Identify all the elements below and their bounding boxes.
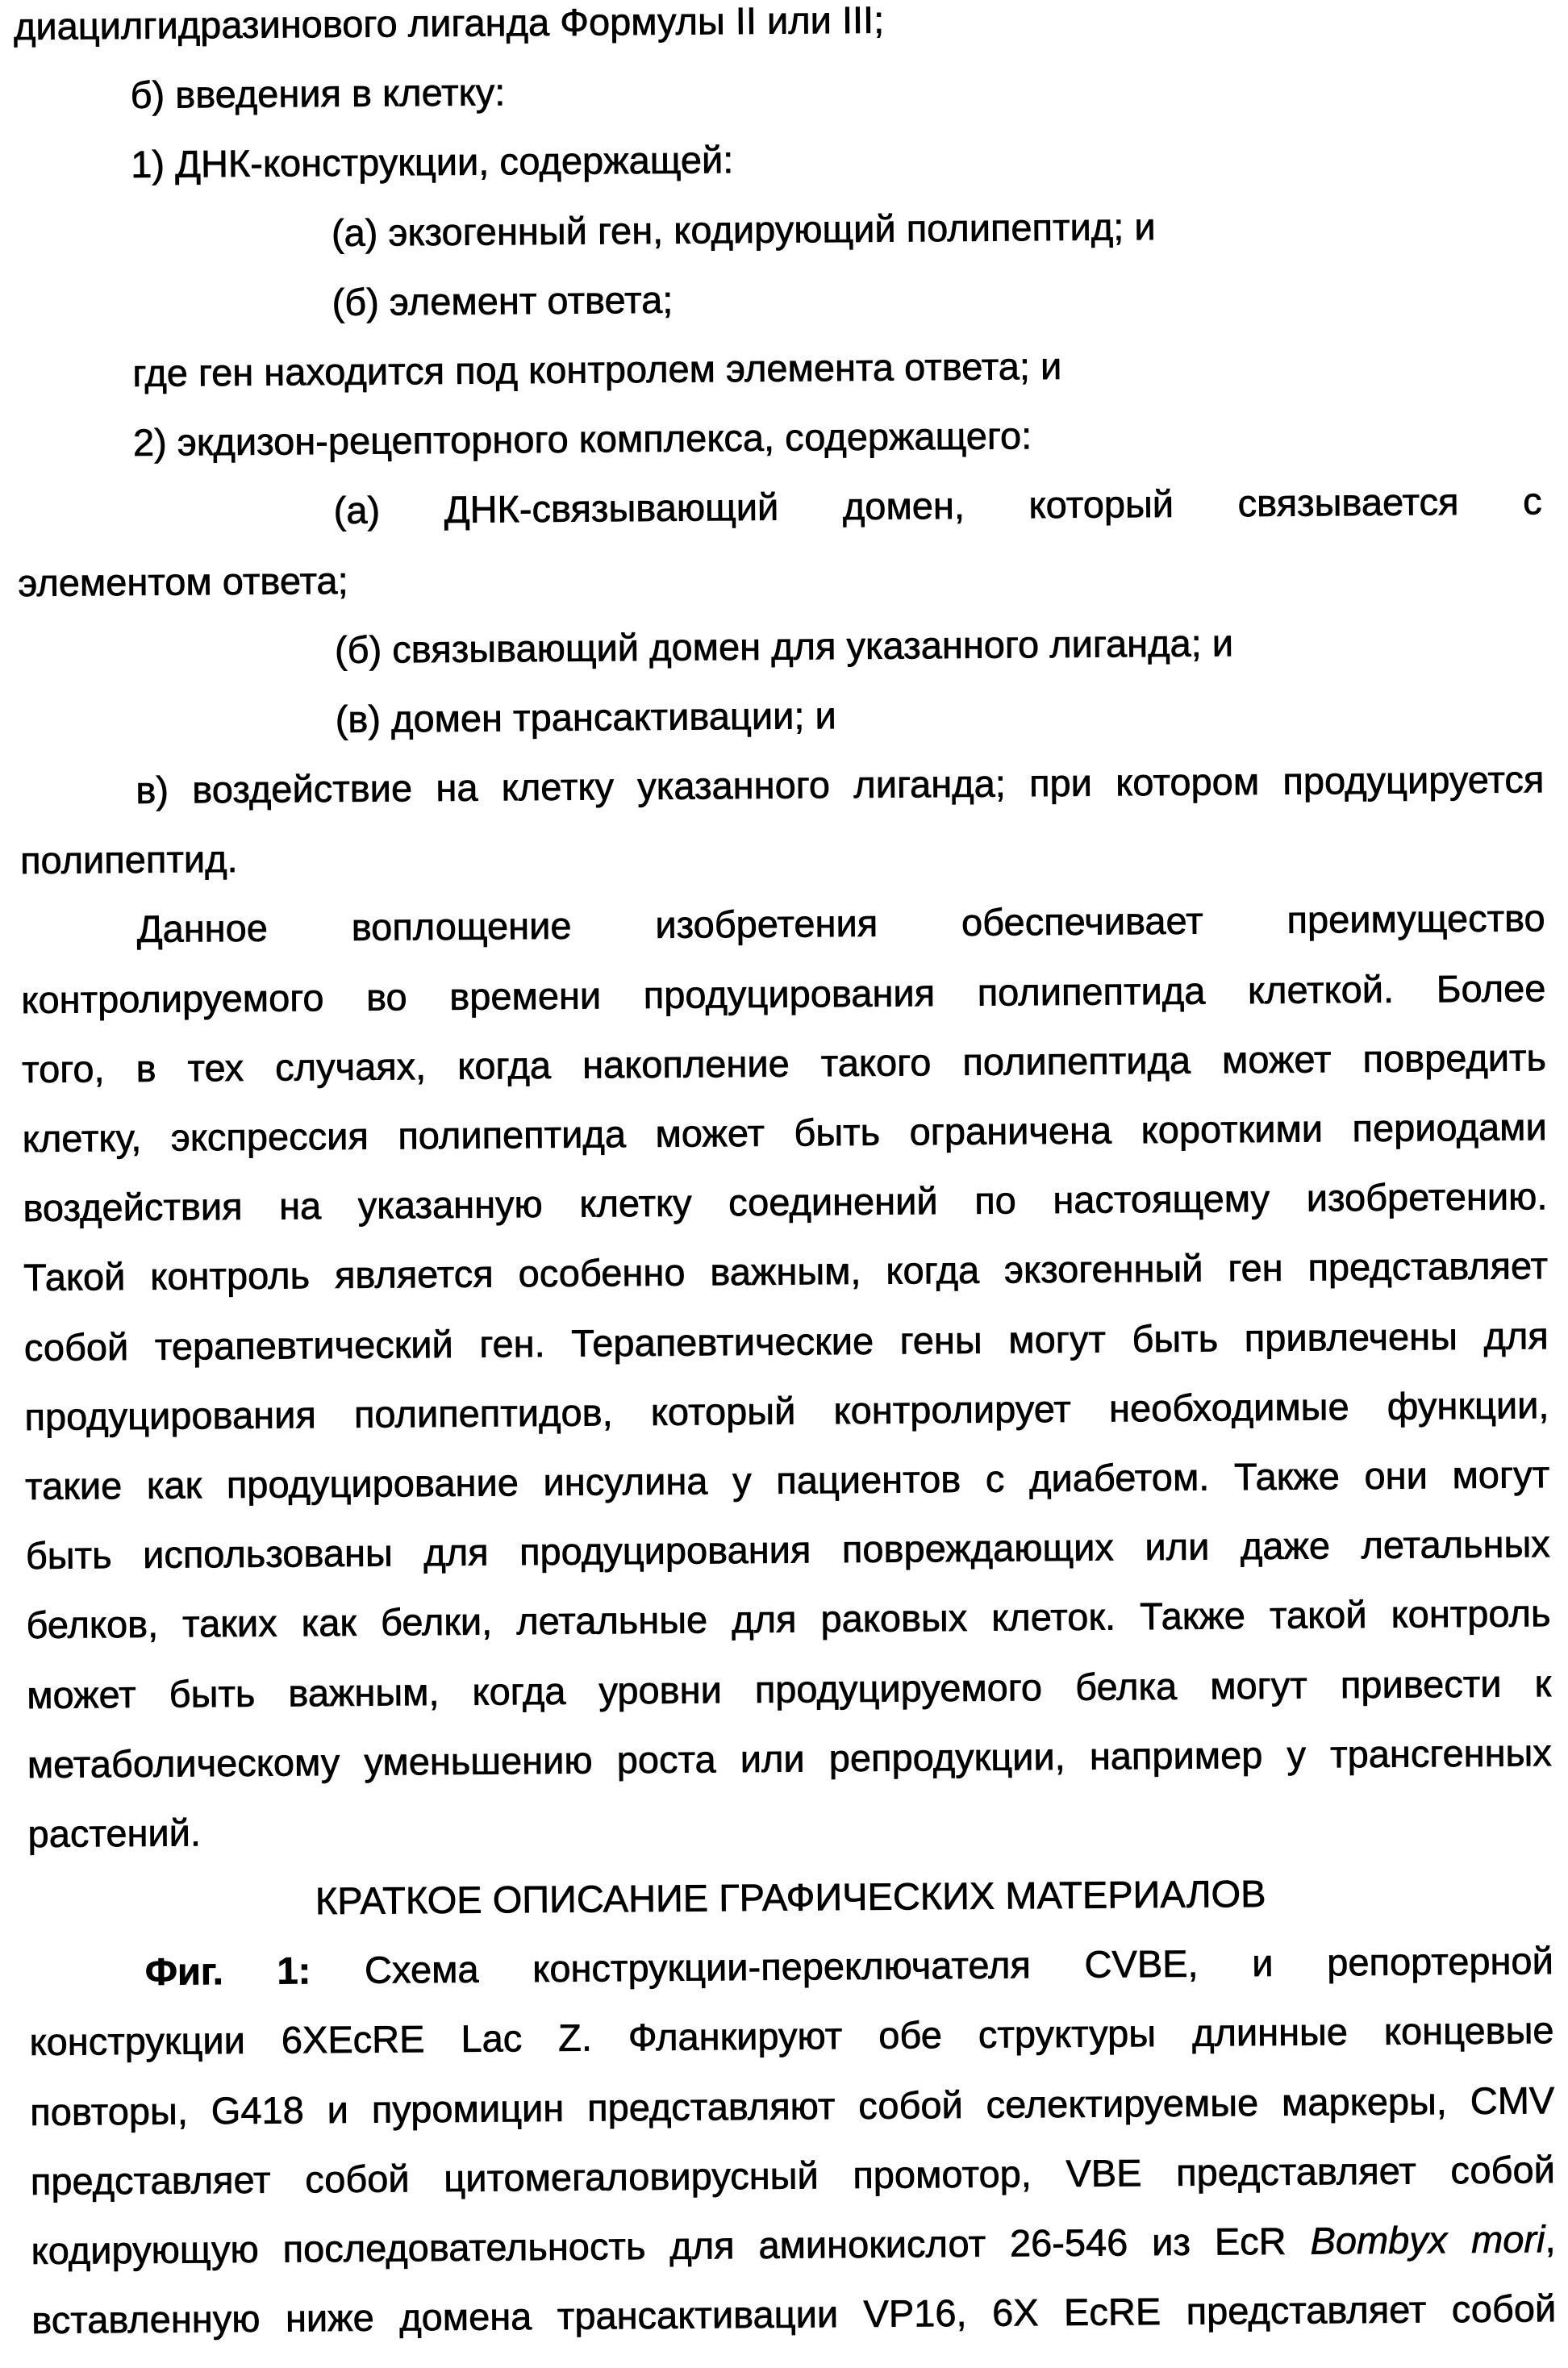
- body-line: продуцирования полипептидов, который кон…: [2, 1370, 1568, 1452]
- body-line: белков, таких как белки, летальные для р…: [3, 1578, 1568, 1660]
- figure-caption-line: повторы, G418 и пуромицин представляют с…: [7, 2066, 1568, 2147]
- body-line: клетку, экспрессия полипептида может быт…: [0, 1092, 1568, 1174]
- text-segment: повторы, G418 и пуромицин представляют с…: [30, 2078, 1554, 2133]
- body-line: того, в тех случаях, когда накопление та…: [0, 1023, 1567, 1104]
- list-item: (б) элемент ответа;: [0, 258, 1562, 340]
- list-item: (а) ДНК-связывающий домен, который связы…: [0, 466, 1563, 548]
- text-segment: представляет собой цитомегаловирусный пр…: [31, 2148, 1555, 2203]
- list-item: (а) экзогенный ген, кодирующий полипепти…: [0, 189, 1561, 270]
- text-segment: Такой контроль является особенно важным,…: [23, 1244, 1548, 1299]
- list-item: (в) домен трансактивации; и: [0, 675, 1565, 757]
- body-line: контролируемого во времени продуцировани…: [0, 953, 1567, 1035]
- body-line: полипептид.: [0, 814, 1566, 895]
- text-segment: быть использованы для продуцирования пов…: [26, 1522, 1550, 1577]
- text-segment: элементом ответа;: [18, 558, 348, 603]
- text-segment: 2) экдизон-рецепторного комплекса, содер…: [133, 414, 1032, 464]
- figure-caption-line: вставленную ниже домена трансактивации V…: [9, 2274, 1568, 2355]
- page-text-block: диацилгидразинового лиганда Формулы II и…: [0, 0, 1568, 2356]
- body-line: растений.: [5, 1787, 1568, 1869]
- body-line: Такой контроль является особенно важным,…: [1, 1231, 1568, 1312]
- text-segment: собой терапевтический ген. Терапевтическ…: [24, 1314, 1549, 1369]
- text-segment: конструкции 6XEcRE Lac Z. Фланкируют обе…: [29, 2009, 1553, 2064]
- list-item: 1) ДНК-конструкции, содержащей:: [0, 119, 1561, 200]
- text-segment: такие как продуцирование инсулина у паци…: [25, 1453, 1549, 1507]
- text-segment: диацилгидразинового лиганда Формулы II и…: [14, 0, 885, 48]
- text-segment: полипептид.: [20, 837, 238, 882]
- text-segment: 1) ДНК-конструкции, содержащей:: [131, 139, 733, 186]
- figure-caption-line: конструкции 6XEcRE Lac Z. Фланкируют обе…: [6, 1995, 1568, 2077]
- body-line: где ген находится под контролем элемента…: [0, 327, 1562, 409]
- text-segment: Схема конструкции-переключателя CVBE, и …: [311, 1939, 1553, 1991]
- text-segment: вставленную ниже домена трансактивации V…: [31, 2287, 1556, 2341]
- text-segment: того, в тех случаях, когда накопление та…: [22, 1036, 1546, 1090]
- list-item: 2) экдизон-рецепторного комплекса, содер…: [0, 397, 1562, 478]
- text-segment: воздействия на указанную клетку соединен…: [23, 1174, 1547, 1229]
- text-segment: Фиг. 1:: [145, 1949, 311, 1994]
- figure-caption-line: Фиг. 1: Схема конструкции-переключателя …: [6, 1926, 1568, 2007]
- figure-caption-line: кодирующую последовательность для аминок…: [8, 2204, 1568, 2286]
- text-segment: контролируемого во времени продуцировани…: [21, 966, 1545, 1021]
- text-segment: (а) экзогенный ген, кодирующий полипепти…: [332, 205, 1156, 254]
- body-line: собой терапевтический ген. Терапевтическ…: [1, 1301, 1568, 1382]
- list-item: (б) связывающий домен для указанного лиг…: [0, 606, 1564, 687]
- text-segment: Bombyx mori: [1310, 2217, 1545, 2262]
- text-segment: в) воздействие на клетку указанного лига…: [136, 757, 1544, 811]
- body-line: может быть важным, когда уровни продуцир…: [4, 1649, 1568, 1730]
- text-segment: (б) связывающий домен для указанного лиг…: [335, 621, 1233, 671]
- text-segment: (а) ДНК-связывающий домен, который связы…: [333, 480, 1541, 532]
- body-line: воздействия на указанную клетку соединен…: [0, 1161, 1568, 1243]
- list-item: в) воздействие на клетку указанного лига…: [0, 744, 1566, 826]
- text-segment: клетку, экспрессия полипептида может быт…: [23, 1105, 1547, 1160]
- figure-caption-line: представляет собой цитомегаловирусный пр…: [8, 2135, 1568, 2216]
- text-segment: б) введения в клетку:: [130, 71, 505, 117]
- body-line: такие как продуцирование инсулина у паци…: [2, 1440, 1568, 1521]
- text-segment: где ген находится под контролем элемента…: [132, 344, 1061, 394]
- text-segment: (в) домен трансактивации; и: [335, 694, 836, 740]
- text-segment: продуцирования полипептидов, который кон…: [24, 1383, 1549, 1438]
- text-segment: кодирующую последовательность для аминок…: [31, 2220, 1310, 2272]
- body-line: элементом ответа;: [0, 536, 1564, 618]
- text-segment: КРАТКОЕ ОПИСАНИЕ ГРАФИЧЕСКИХ МАТЕРИАЛОВ: [315, 1872, 1266, 1922]
- text-segment: может быть важным, когда уровни продуцир…: [27, 1661, 1551, 1716]
- text-segment: белков, таких как белки, летальные для р…: [26, 1592, 1550, 1647]
- text-segment: Данное воплощение изобретения обеспечива…: [137, 897, 1545, 951]
- body-line: быть использованы для продуцирования пов…: [3, 1509, 1568, 1590]
- text-segment: растений.: [27, 1811, 201, 1855]
- body-line: метаболическому уменьшению роста или реп…: [5, 1718, 1568, 1799]
- list-item: б) введения в клетку:: [0, 49, 1560, 131]
- text-segment: метаболическому уменьшению роста или реп…: [27, 1731, 1552, 1786]
- body-line: Данное воплощение изобретения обеспечива…: [0, 883, 1566, 965]
- text-segment: ,: [1545, 2217, 1555, 2260]
- patent-page: диацилгидразинового лиганда Формулы II и…: [0, 0, 1568, 2368]
- section-heading: КРАТКОЕ ОПИСАНИЕ ГРАФИЧЕСКИХ МАТЕРИАЛОВ: [6, 1857, 1568, 1938]
- text-segment: (б) элемент ответа;: [332, 277, 673, 323]
